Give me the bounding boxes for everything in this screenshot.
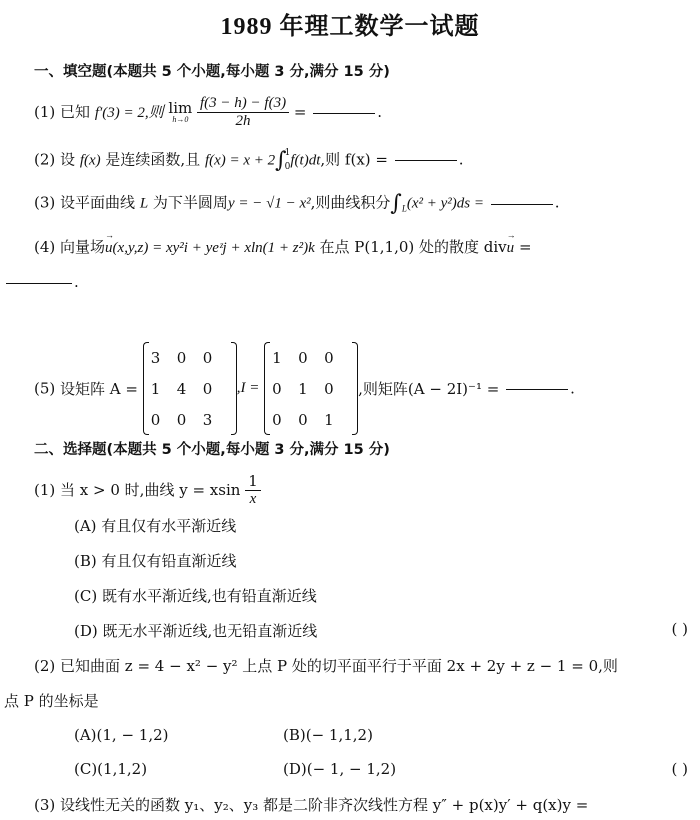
curve-name: L (140, 196, 148, 212)
s1-question-1: (1) 已知 f′(3) = 2,则 limh→0 f(3 − h) − f(3… (34, 95, 382, 131)
question-text: 已知 (60, 103, 95, 121)
s1-question-5: (5) 设矩阵 A = 300 140 003 ,I = 100 010 001… (34, 342, 575, 435)
question-text: 设矩阵 A = (60, 380, 138, 398)
question-number: (1) (34, 481, 55, 499)
integrand: f(t)dt (290, 152, 320, 168)
s1-question-3: (3) 设平面曲线 L 为下半圆周y = − √1 − x²,则曲线积分∫L(x… (34, 191, 560, 216)
matrix-a: 300 140 003 (143, 342, 237, 435)
limit: limh→0 (168, 101, 192, 124)
integral-sign-icon: ∫ (390, 191, 401, 216)
integrand: (x² + y²)ds = (407, 196, 484, 212)
s2-question-2-cont: 点 P 的坐标是 (4, 690, 99, 711)
vector-u: u (105, 240, 113, 257)
section-2-heading: 二、选择题(本题共 5 个小题,每小题 3 分,满分 15 分) (34, 438, 390, 459)
vector-field: (x,y,z) = xy²i + yeᶻj + xln(1 + z²)k (113, 240, 315, 256)
option-c[interactable]: (C) 既有水平渐近线,也有铅直渐近线 (74, 585, 317, 606)
section-1-heading: 一、填空题(本题共 5 个小题,每小题 3 分,满分 15 分) (34, 60, 390, 81)
equals: = (514, 238, 531, 256)
question-text: ,则矩阵(A − 2I)⁻¹ = (358, 380, 499, 398)
question-number: (4) (34, 238, 55, 256)
question-text: ,则 f(x) = (320, 150, 388, 168)
question-number: (2) (34, 150, 55, 168)
answer-blank[interactable] (313, 112, 375, 114)
s2-question-2: (2) 已知曲面 z = 4 − x² − y² 上点 P 处的切平面平行于平面… (34, 655, 618, 676)
function: f(x) (80, 152, 101, 168)
page-title: 1989 年理工数学一试题 (0, 6, 700, 41)
question-text: ,则曲线积分 (311, 194, 391, 212)
question-text: 设线性无关的函数 y₁、y₂、y₃ 都是二阶非齐次线性方程 y″ + p(x)y… (60, 796, 588, 814)
answer-blank[interactable] (491, 203, 553, 205)
option-a[interactable]: (A) 有且仅有水平渐近线 (74, 515, 236, 536)
s1-question-2: (2) 设 f(x) 是连续函数,且 f(x) = x + 2∫10f(t)dt… (34, 146, 464, 175)
curve-equation: y = − √1 − x² (228, 196, 311, 212)
question-text: 是连续函数,且 (101, 150, 205, 168)
answer-blank[interactable] (395, 159, 457, 161)
question-text: ,I = (237, 380, 260, 396)
question-text: 当 x > 0 时,曲线 y = xsin (60, 481, 240, 499)
question-number: (1) (34, 103, 55, 121)
matrix-i: 100 010 001 (264, 342, 358, 435)
s2-question-1: (1) 当 x > 0 时,曲线 y = xsin 1x (34, 473, 261, 509)
fraction: f(3 − h) − f(3)2h (197, 95, 289, 131)
vector-u: u (507, 240, 515, 257)
question-number: (3) (34, 194, 55, 212)
option-d[interactable]: (D)(− 1, − 1,2) (283, 760, 396, 778)
s2-question-3: (3) 设线性无关的函数 y₁、y₂、y₃ 都是二阶非齐次线性方程 y″ + p… (34, 794, 588, 815)
question-text: 设 (60, 150, 80, 168)
question-number: (3) (34, 796, 55, 814)
question-text: 设平面曲线 (60, 194, 140, 212)
option-c[interactable]: (C)(1,1,2) (74, 760, 147, 778)
option-b[interactable]: (B)(− 1,1,2) (283, 726, 373, 744)
answer-parentheses[interactable]: ( ) (672, 620, 688, 638)
equals: = (294, 103, 307, 121)
question-text: 向量场 (60, 238, 105, 256)
question-text: 已知曲面 z = 4 − x² − y² 上点 P 处的切平面平行于平面 2x … (60, 657, 618, 675)
option-b[interactable]: (B) 有且仅有铅直渐近线 (74, 550, 237, 571)
equation: f(x) = x + 2 (205, 152, 275, 168)
answer-parentheses[interactable]: ( ) (672, 760, 688, 778)
option-d[interactable]: (D) 既无水平渐近线,也无铅直渐近线 (74, 620, 317, 641)
condition: f′(3) = 2,则 (95, 105, 164, 121)
question-number: (5) (34, 380, 55, 398)
answer-blank[interactable] (6, 282, 72, 284)
answer-blank[interactable] (506, 388, 568, 390)
fraction: 1x (245, 473, 261, 509)
question-number: (2) (34, 657, 55, 675)
s1-question-4: (4) 向量场u(x,y,z) = xy²i + yeᶻj + xln(1 + … (34, 236, 532, 257)
question-text: 在点 P(1,1,0) 处的散度 div (315, 238, 507, 256)
s1-question-4-blank-line: . (4, 273, 79, 291)
question-text: 为下半圆周 (148, 194, 228, 212)
option-a[interactable]: (A)(1, − 1,2) (74, 726, 169, 744)
